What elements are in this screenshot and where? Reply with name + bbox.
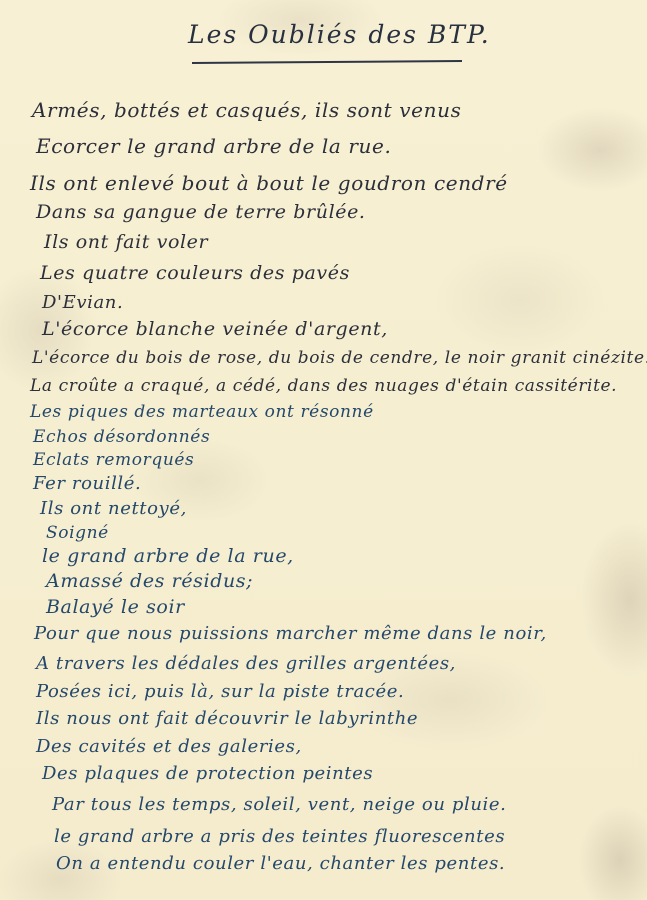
poem-line: Des cavités et des galeries, [36,738,302,756]
poem-line: Fer rouillé. [33,475,141,493]
poem-line: Les quatre couleurs des pavés [40,264,350,283]
poem-line: Ils ont fait voler [44,233,208,252]
poem-line: A travers les dédales des grilles argent… [36,655,456,673]
poem-line: Amassé des résidus; [46,572,253,591]
poem-line: le grand arbre a pris des teintes fluore… [54,828,505,846]
poem-line: Balayé le soir [46,598,185,617]
poem-line: Ils ont nettoyé, [40,500,187,518]
poem-line: Posées ici, puis là, sur la piste tracée… [36,683,404,701]
poem-line: L'écorce du bois de rose, du bois de cen… [32,350,647,367]
poem-line: Par tous les temps, soleil, vent, neige … [52,796,507,814]
poem-line: Eclats remorqués [33,452,194,469]
poem-line: Les piques des marteaux ont résonné [30,404,374,421]
poem-line: Armés, bottés et casqués, ils sont venus [32,100,461,120]
poem-line: le grand arbre de la rue, [42,547,294,566]
poem-line: L'écorce blanche veinée d'argent, [42,320,388,339]
poem-body: Armés, bottés et casqués, ils sont venus… [0,0,647,900]
poem-line: Ils ont enlevé bout à bout le goudron ce… [30,173,508,193]
poem-line: Des plaques de protection peintes [42,765,373,783]
poem-line: La croûte a craqué, a cédé, dans des nua… [30,378,617,395]
poem-line: Ecorcer le grand arbre de la rue. [36,136,391,156]
poem-line: Dans sa gangue de terre brûlée. [36,203,366,222]
poem-line: Echos désordonnés [33,429,210,446]
poem-line: Ils nous ont fait découvrir le labyrinth… [36,710,418,728]
poem-line: Pour que nous puissions marcher même dan… [34,625,547,643]
poem-line: Soigné [46,525,109,542]
poem-line: D'Evian. [42,294,123,312]
poem-line: On a entendu couler l'eau, chanter les p… [56,855,505,873]
